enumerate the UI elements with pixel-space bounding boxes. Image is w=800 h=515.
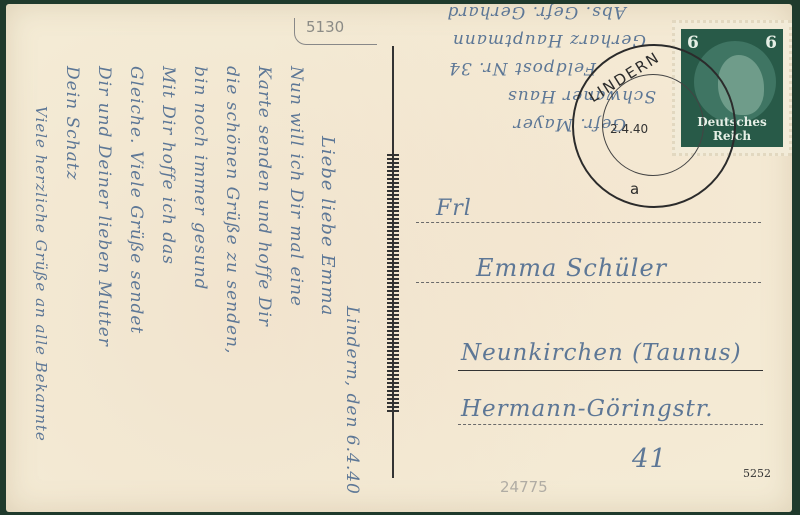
publisher-number: 5252 bbox=[743, 467, 771, 480]
postmark-date: 2.4.40 bbox=[610, 122, 648, 136]
address-house-number: 41 bbox=[632, 444, 667, 474]
pencil-inventory-number: 24775 bbox=[500, 478, 548, 496]
message-rotated: Lindern, den 6.4.40 Liebe liebe Emma Nun… bbox=[12, 46, 392, 506]
address-line-2 bbox=[416, 282, 761, 283]
message-line: die schönen Grüße zu senden, bbox=[222, 66, 242, 354]
message-line: Nun will ich Dir mal eine bbox=[286, 66, 306, 307]
sender-line: Abs. Gefr. Gerhard bbox=[446, 4, 626, 22]
postmark-letter: a bbox=[630, 180, 639, 198]
sender-line: Gerharz Hauptmann bbox=[452, 30, 646, 50]
stamp-value-left: 6 bbox=[687, 33, 699, 53]
message-line: bin noch immer gesund bbox=[190, 66, 210, 290]
message-line: Dir und Deiner lieben Mutter bbox=[94, 66, 114, 347]
sender-line: Feldpost Nr. 34 bbox=[448, 58, 596, 78]
message-date: Lindern, den 6.4.40 bbox=[342, 306, 362, 495]
message-line: Mit Dir hoffe ich das bbox=[158, 66, 178, 265]
address-street: Hermann-Göringstr. bbox=[461, 396, 714, 422]
postmark: LINDERN 2.4.40 a bbox=[572, 44, 736, 208]
address-city: Neunkirchen (Taunus) bbox=[461, 340, 742, 366]
message-line: Karte senden und hoffe Dir bbox=[254, 66, 274, 327]
message-signature: Dein Schatz bbox=[62, 66, 82, 181]
margin-note: Viele herzliche Grüße an alle Bekannte bbox=[32, 106, 50, 442]
message-line: Gleiche. Viele Grüße sendet bbox=[126, 66, 146, 334]
address-line-1 bbox=[416, 222, 761, 223]
address-line-3 bbox=[458, 370, 763, 371]
address-title: Frl bbox=[436, 196, 472, 221]
message-greeting: Liebe liebe Emma bbox=[317, 136, 338, 316]
address-name: Emma Schüler bbox=[476, 254, 667, 282]
stamp-value-right: 6 bbox=[765, 33, 777, 53]
postcard: 5130 Abs. Gefr. Gerhard Gerharz Hauptman… bbox=[6, 4, 792, 512]
address-line-4 bbox=[458, 424, 763, 425]
